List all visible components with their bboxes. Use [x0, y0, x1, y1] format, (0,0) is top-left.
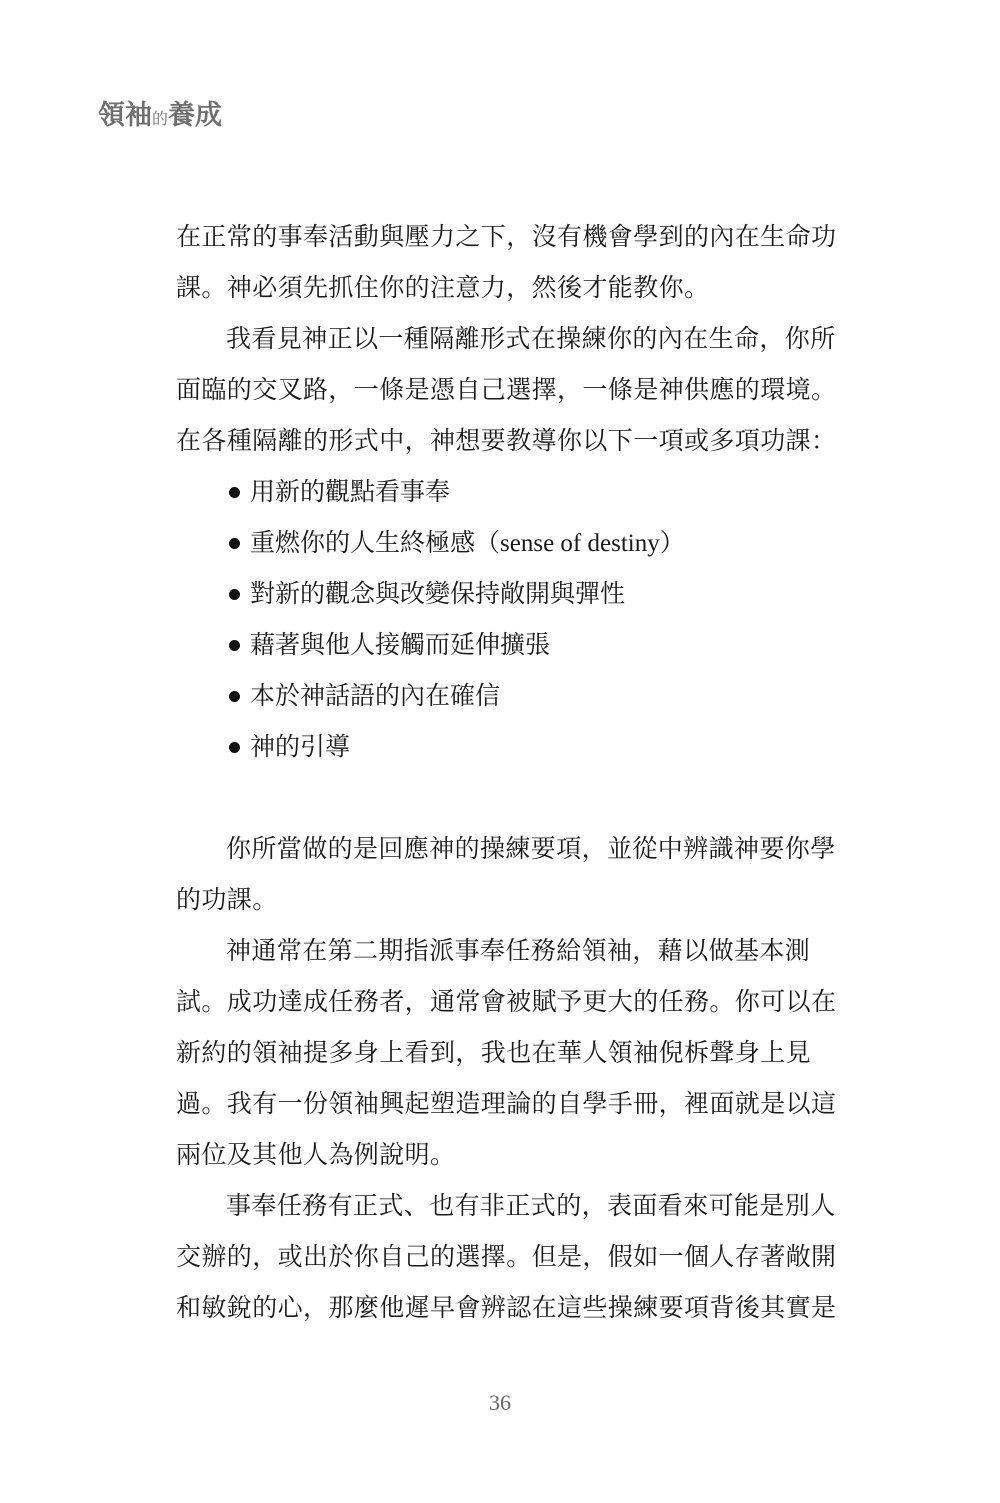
paragraph-1: 在正常的事奉活動與壓力之下，沒有機會學到的內在生命功 課。神必須先抓住你的注意力…	[176, 215, 860, 317]
list-item-text: 藉著與他人接觸而延伸擴張	[228, 630, 550, 659]
text-line: 和敏銳的心，那麼他遲早會辨認在這些操練要項背後其實是	[176, 1286, 860, 1337]
text-line: 過。我有一份領袖興起塑造理論的自學手冊，裡面就是以這	[176, 1082, 860, 1133]
list-item-text: 本於神話語的內在確信	[228, 681, 500, 710]
list-item-text: 神的引導	[228, 732, 350, 761]
bullet-icon	[229, 742, 240, 753]
bullet-icon	[229, 640, 240, 651]
text-line: 的功課。	[176, 878, 860, 929]
paragraph-4: 神通常在第二期指派事奉任務給領袖，藉以做基本測 試。成功達成任務者，通常會被賦予…	[176, 929, 860, 1184]
list-item: 對新的觀念與改變保持敞開與彈性	[176, 572, 860, 623]
text-line: 在各種隔離的形式中，神想要教導你以下一項或多項功課：	[176, 419, 860, 470]
list-item: 重燃你的人生終極感（sense of destiny）	[176, 521, 860, 572]
paragraph-3: 你所當做的是回應神的操練要項，並從中辨識神要你學 的功課。	[176, 827, 860, 929]
list-item: 本於神話語的內在確信	[176, 674, 860, 725]
text-line: 在正常的事奉活動與壓力之下，沒有機會學到的內在生命功	[176, 215, 860, 266]
list-item-text-cjk: 重燃你的人生終極感（	[250, 528, 500, 557]
page-number: 36	[0, 1390, 1000, 1416]
bullet-icon	[229, 487, 240, 498]
paragraph-spacer	[176, 776, 860, 827]
text-line: 新約的領袖提多身上看到，我也在華人領袖倪柝聲身上見	[176, 1031, 860, 1082]
text-line: 神通常在第二期指派事奉任務給領袖，藉以做基本測	[176, 929, 860, 980]
bullet-icon	[229, 589, 240, 600]
page-body: 在正常的事奉活動與壓力之下，沒有機會學到的內在生命功 課。神必須先抓住你的注意力…	[176, 215, 860, 1337]
text-line: 試。成功達成任務者，通常會被賦予更大的任務。你可以在	[176, 980, 860, 1031]
text-line: 我看見神正以一種隔離形式在操練你的內在生命，你所	[176, 317, 860, 368]
bullet-icon	[229, 538, 240, 549]
paragraph-2: 我看見神正以一種隔離形式在操練你的內在生命，你所 面臨的交叉路，一條是憑自己選擇…	[176, 317, 860, 470]
text-line: 事奉任務有正式、也有非正式的，表面看來可能是別人	[176, 1184, 860, 1235]
book-title-part-1: 領袖	[98, 100, 152, 131]
list-item: 神的引導	[176, 725, 860, 776]
list-item-text: 重燃你的人生終極感（sense of destiny）	[228, 528, 685, 557]
list-item: 藉著與他人接觸而延伸擴張	[176, 623, 860, 674]
list-item-text: 用新的觀點看事奉	[228, 477, 450, 506]
bullet-icon	[229, 691, 240, 702]
text-line: 兩位及其他人為例說明。	[176, 1133, 860, 1184]
lesson-bullet-list: 用新的觀點看事奉 重燃你的人生終極感（sense of destiny） 對新的…	[176, 470, 860, 776]
text-line: 面臨的交叉路，一條是憑自己選擇，一條是神供應的環境。	[176, 368, 860, 419]
list-item-text-latin: sense of destiny	[500, 530, 660, 557]
text-line: 你所當做的是回應神的操練要項，並從中辨識神要你學	[176, 827, 860, 878]
list-item: 用新的觀點看事奉	[176, 470, 860, 521]
list-item-text: 對新的觀念與改變保持敞開與彈性	[228, 579, 625, 608]
text-line: 交辦的，或出於你自己的選擇。但是，假如一個人存著敞開	[176, 1235, 860, 1286]
list-item-text-close-paren: ）	[660, 528, 685, 557]
text-line: 課。神必須先抓住你的注意力，然後才能教你。	[176, 266, 860, 317]
book-title-part-2: 養成	[168, 100, 222, 131]
paragraph-5: 事奉任務有正式、也有非正式的，表面看來可能是別人 交辦的，或出於你自己的選擇。但…	[176, 1184, 860, 1337]
book-title-particle: 的	[152, 109, 168, 128]
running-header-book-title: 領袖的養成	[98, 98, 222, 137]
